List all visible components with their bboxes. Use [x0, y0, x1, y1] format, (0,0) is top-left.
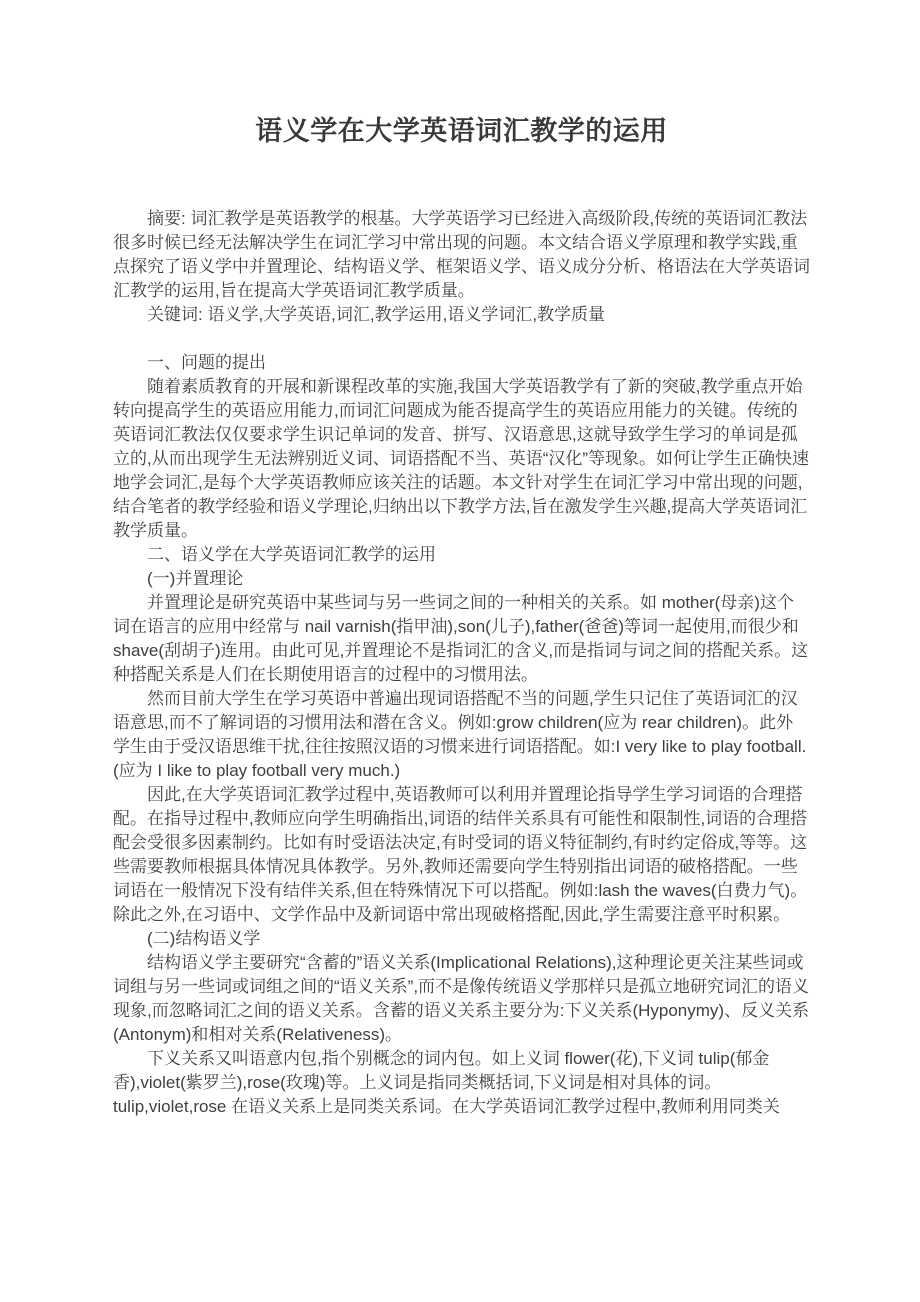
- paragraph-hyponymy: 下义关系又叫语意内包,指个别概念的词内包。如上义词 flower(花),下义词 …: [113, 1047, 810, 1119]
- paragraph-problem-statement: 随着素质教育的开展和新课程改革的实施,我国大学英语教学有了新的突破,教学重点开始…: [113, 375, 810, 543]
- document-page: 语义学在大学英语词汇教学的运用 摘要: 词汇教学是英语教学的根基。大学英语学习已…: [0, 0, 920, 1302]
- document-content: 语义学在大学英语词汇教学的运用 摘要: 词汇教学是英语教学的根基。大学英语学习已…: [0, 0, 920, 1119]
- paragraph-structural-semantics: 结构语义学主要研究“含蓄的”语义关系(Implicational Relatio…: [113, 951, 810, 1047]
- keywords-line: 关键词: 语义学,大学英语,词汇,教学运用,语义学词汇,教学质量: [113, 303, 810, 327]
- paragraph-collocation-problems: 然而目前大学生在学习英语中普遍出现词语搭配不当的问题,学生只记住了英语词汇的汉语…: [113, 687, 810, 783]
- section-heading-application: 二、语义学在大学英语词汇教学的运用: [113, 543, 810, 567]
- abstract-paragraph: 摘要: 词汇教学是英语教学的根基。大学英语学习已经进入高级阶段,传统的英语词汇教…: [113, 207, 810, 303]
- paragraph-juxtaposition-theory: 并置理论是研究英语中某些词与另一些词之间的一种相关的关系。如 mother(母亲…: [113, 591, 810, 687]
- section-heading-problem: 一、问题的提出: [113, 351, 810, 375]
- document-title: 语义学在大学英语词汇教学的运用: [113, 0, 810, 150]
- subsection-heading-juxtaposition-theory: (一)并置理论: [113, 567, 810, 591]
- subsection-heading-structural-semantics: (二)结构语义学: [113, 927, 810, 951]
- document-body: 摘要: 词汇教学是英语教学的根基。大学英语学习已经进入高级阶段,传统的英语词汇教…: [113, 207, 810, 1119]
- paragraph-collocation-teaching: 因此,在大学英语词汇教学过程中,英语教师可以利用并置理论指导学生学习词语的合理搭…: [113, 783, 810, 927]
